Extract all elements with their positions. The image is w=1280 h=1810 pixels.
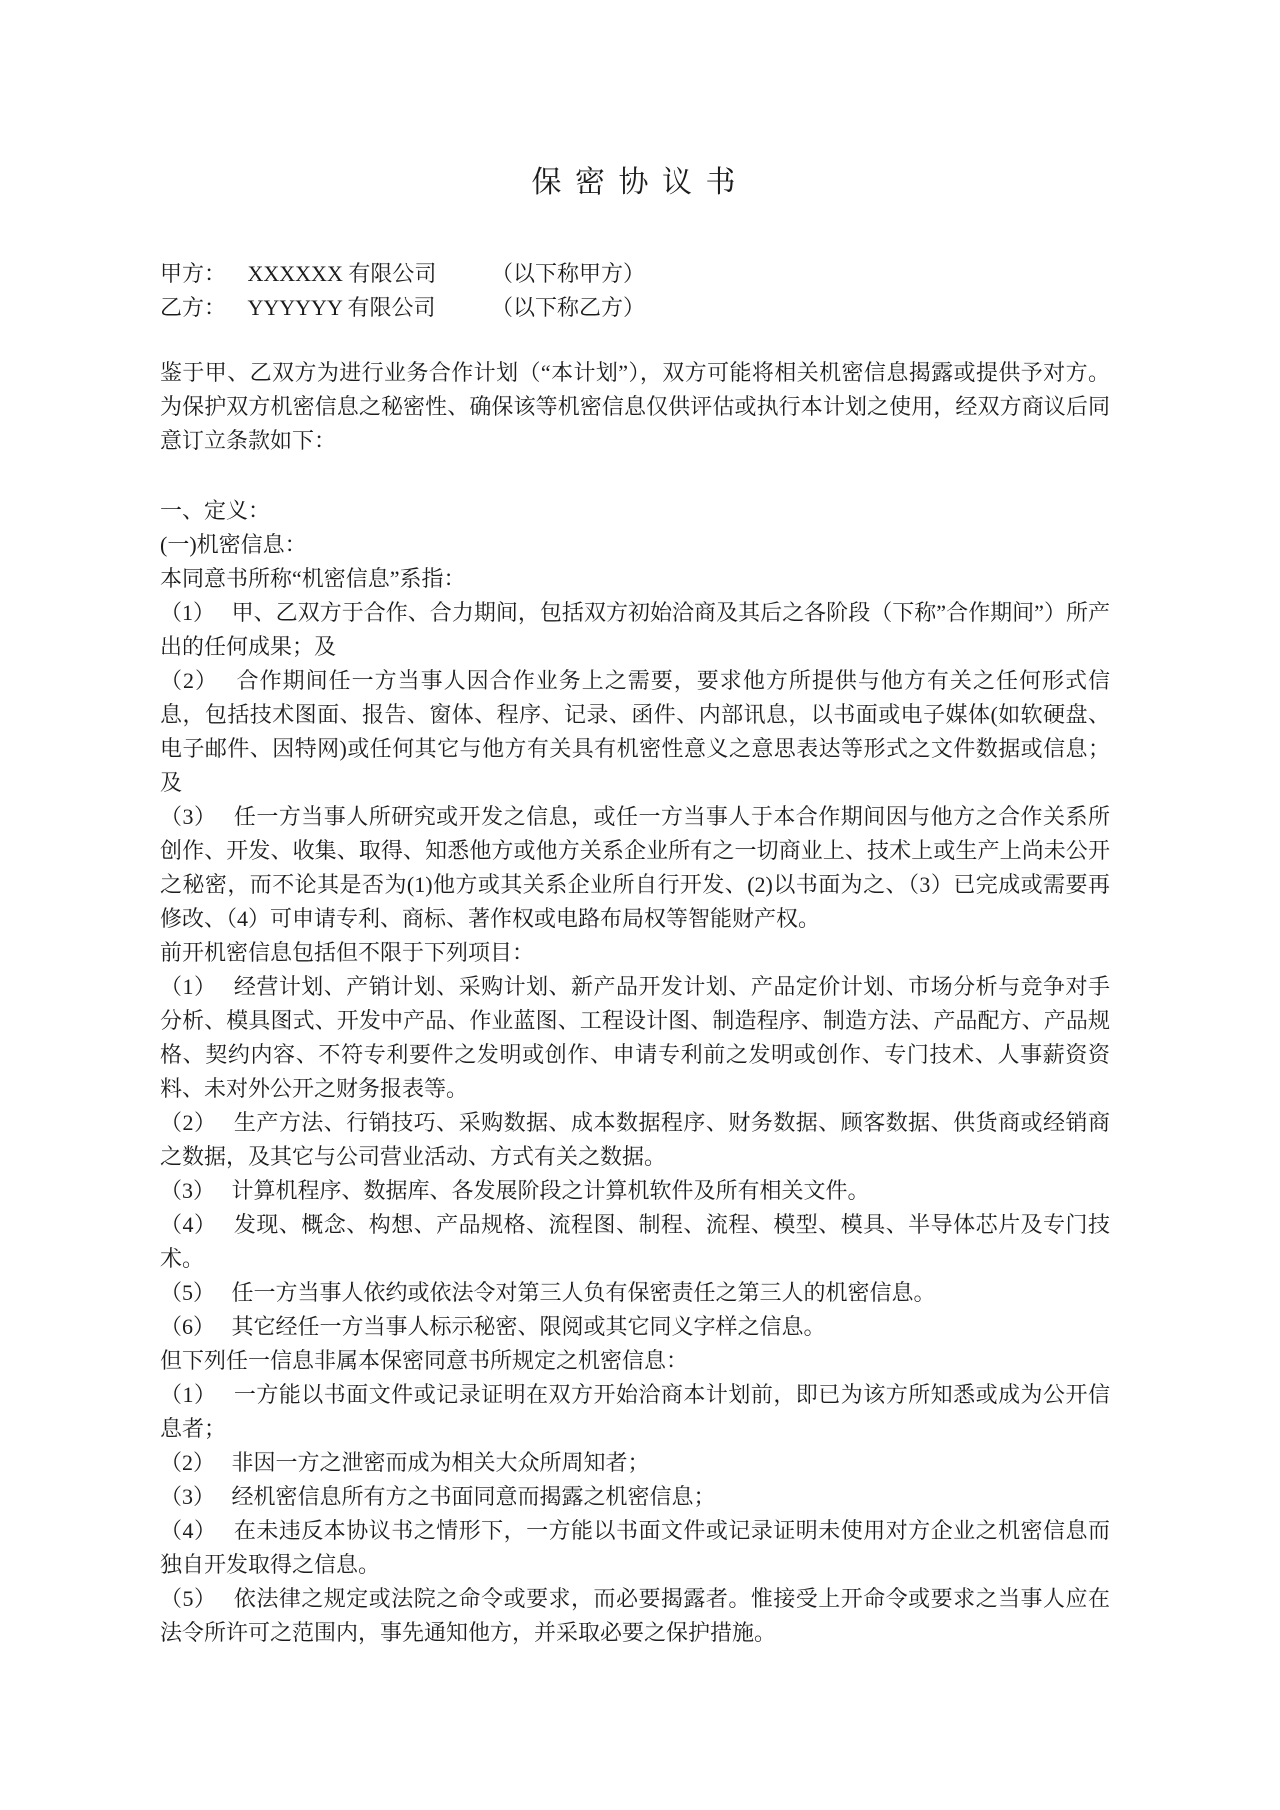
- party-a-note: （以下称甲方）: [491, 257, 645, 291]
- party-b-company: YYYYYY 有限公司: [248, 291, 486, 325]
- document-page: 保 密 协 议 书 甲方： XXXXXX 有限公司 （以下称甲方） 乙方： YY…: [0, 0, 1280, 1810]
- inclusion-list-intro: 前开机密信息包括但不限于下列项目：: [160, 936, 1110, 970]
- preamble-paragraph: 鉴于甲、乙双方为进行业务合作计划（“本计划”），双方可能将相关机密信息揭露或提供…: [160, 356, 1110, 458]
- subsection-heading-confidential-info: (一)机密信息：: [160, 528, 1110, 562]
- definition-item-2: （2） 合作期间任一方当事人因合作业务上之需要，要求他方所提供与他方有关之任何形…: [160, 664, 1110, 800]
- inclusion-item-3: （3） 计算机程序、数据库、各发展阶段之计算机软件及所有相关文件。: [160, 1174, 1110, 1208]
- exclusion-item-2: （2） 非因一方之泄密而成为相关大众所周知者；: [160, 1446, 1110, 1480]
- document-title: 保 密 协 议 书: [160, 162, 1110, 204]
- party-a-company: XXXXXX 有限公司: [248, 257, 486, 291]
- party-b-label: 乙方：: [160, 291, 242, 325]
- section-heading-definitions: 一、定义：: [160, 494, 1110, 528]
- party-row-a: 甲方： XXXXXX 有限公司 （以下称甲方）: [160, 257, 1110, 291]
- exclusion-item-5: （5） 依法律之规定或法院之命令或要求，而必要揭露者。惟接受上开命令或要求之当事…: [160, 1582, 1110, 1650]
- inclusion-item-2: （2） 生产方法、行销技巧、采购数据、成本数据程序、财务数据、顾客数据、供货商或…: [160, 1106, 1110, 1174]
- party-row-b: 乙方： YYYYYY 有限公司 （以下称乙方）: [160, 291, 1110, 325]
- parties-block: 甲方： XXXXXX 有限公司 （以下称甲方） 乙方： YYYYYY 有限公司 …: [160, 257, 1110, 325]
- party-b-note: （以下称乙方）: [491, 291, 645, 325]
- definition-item-1: （1） 甲、乙双方于合作、合力期间，包括双方初始洽商及其后之各阶段（下称”合作期…: [160, 596, 1110, 664]
- document-content: 保 密 协 议 书 甲方： XXXXXX 有限公司 （以下称甲方） 乙方： YY…: [160, 0, 1110, 1650]
- exclusion-list-intro: 但下列任一信息非属本保密同意书所规定之机密信息：: [160, 1344, 1110, 1378]
- inclusion-item-6: （6） 其它经任一方当事人标示秘密、限阅或其它同义字样之信息。: [160, 1310, 1110, 1344]
- exclusion-item-1: （1） 一方能以书面文件或记录证明在双方开始洽商本计划前，即已为该方所知悉或成为…: [160, 1378, 1110, 1446]
- exclusion-item-3: （3） 经机密信息所有方之书面同意而揭露之机密信息；: [160, 1480, 1110, 1514]
- exclusion-item-4: （4） 在未违反本协议书之情形下，一方能以书面文件或记录证明未使用对方企业之机密…: [160, 1514, 1110, 1582]
- inclusion-item-5: （5） 任一方当事人依约或依法令对第三人负有保密责任之第三人的机密信息。: [160, 1276, 1110, 1310]
- inclusion-item-4: （4） 发现、概念、构想、产品规格、流程图、制程、流程、模型、模具、半导体芯片及…: [160, 1208, 1110, 1276]
- definition-item-3: （3） 任一方当事人所研究或开发之信息，或任一方当事人于本合作期间因与他方之合作…: [160, 800, 1110, 936]
- party-a-label: 甲方：: [160, 257, 242, 291]
- inclusion-item-1: （1） 经营计划、产销计划、采购计划、新产品开发计划、产品定价计划、市场分析与竞…: [160, 970, 1110, 1106]
- definition-intro: 本同意书所称“机密信息”系指：: [160, 562, 1110, 596]
